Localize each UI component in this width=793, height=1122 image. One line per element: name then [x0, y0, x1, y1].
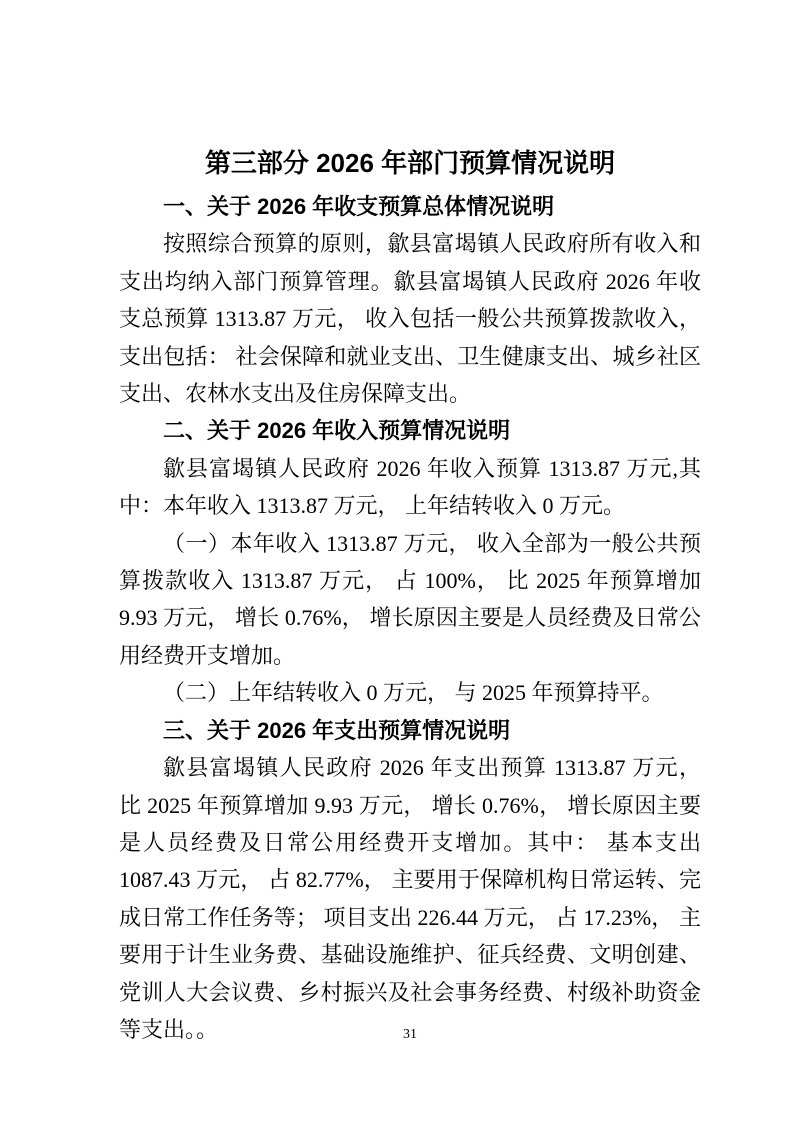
section-3-paragraph-1: 歙县富堨镇人民政府 2026 年支出预算 1313.87 万元， 比 2025 … [119, 749, 701, 1048]
section-heading-3: 三、关于 2026 年支出预算情况说明 [119, 712, 701, 749]
section-2-paragraph-3: （二）上年结转收入 0 万元， 与 2025 年预算持平。 [119, 674, 701, 711]
section-2-paragraph-2: （一）本年收入 1313.87 万元， 收入全部为一般公共预算拨款收入 1313… [119, 525, 701, 675]
section-heading-1: 一、关于 2026 年收支预算总体情况说明 [119, 188, 701, 225]
document-title: 第三部分 2026 年部门预算情况说明 [119, 143, 701, 183]
section-1-paragraph-1: 按照综合预算的原则，歙县富堨镇人民政府所有收入和支出均纳入部门预算管理。歙县富堨… [119, 225, 701, 412]
document-page: 第三部分 2026 年部门预算情况说明 一、关于 2026 年收支预算总体情况说… [0, 0, 793, 1122]
section-heading-2: 二、关于 2026 年收入预算情况说明 [119, 412, 701, 449]
section-2-paragraph-1: 歙县富堨镇人民政府 2026 年收入预算 1313.87 万元,其中：本年收入 … [119, 450, 701, 525]
page-number: 31 [119, 1026, 701, 1044]
